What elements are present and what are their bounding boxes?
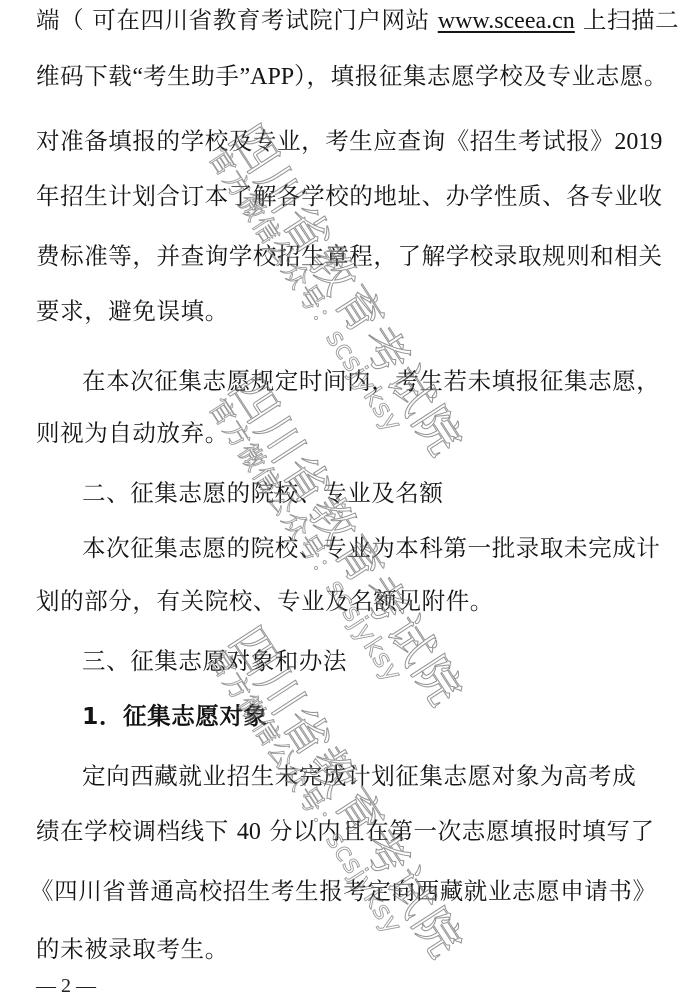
paragraph-line-12: 绩在学校调档线下 40 分以内且在第一次志愿填报时填写了	[36, 816, 655, 847]
website-link[interactable]: www.sceea.cn	[438, 8, 575, 34]
paragraph-line-14: 的未被录取考生。	[36, 934, 229, 964]
paragraph-line-2: 维码下载“考生助手”APP），填报征集志愿学校及专业志愿。	[36, 61, 668, 92]
watermark-org-1: 四川省教育考试院	[217, 110, 481, 468]
section-heading-2: 二、征集志愿的院校、专业及名额	[82, 478, 444, 508]
paragraph-line-5: 费标准等，并查询学校招生章程，了解学校录取规则和相关	[36, 241, 663, 271]
paragraph-line-1: 端（ 可在四川省教育考试院门户网站 www.sceea.cn 上扫描二	[36, 5, 679, 36]
paragraph-line-3: 对准备填报的学校及专业，考生应查询《招生考试报》2019	[36, 126, 662, 157]
paragraph-line-9: 本次征集志愿的院校、专业为本科第一批录取未完成计	[82, 533, 660, 563]
paragraph-line-13: 《四川省普通高校招生考生报考定向西藏就业志愿申请书》	[30, 876, 657, 906]
paragraph-line-8: 则视为自动放弃。	[36, 418, 229, 448]
paragraph-line-6: 要求，避免误填。	[36, 296, 229, 326]
section-heading-3: 三、征集志愿对象和办法	[82, 646, 347, 676]
page-number: — 2 —	[36, 975, 96, 998]
paragraph-line-4: 年招生计划合订本了解各学校的地址、办学性质、各专业收	[36, 181, 663, 211]
paragraph-line-10: 划的部分，有关院校、专业及名额见附件。	[36, 586, 494, 616]
paragraph-line-7: 在本次征集志愿规定时间内，考生若未填报征集志愿，	[82, 366, 660, 396]
paragraph-line-11: 定向西藏就业招生未完成计划征集志愿对象为高考成	[82, 761, 636, 791]
subsection-heading-1: 1．征集志愿对象	[82, 701, 268, 731]
